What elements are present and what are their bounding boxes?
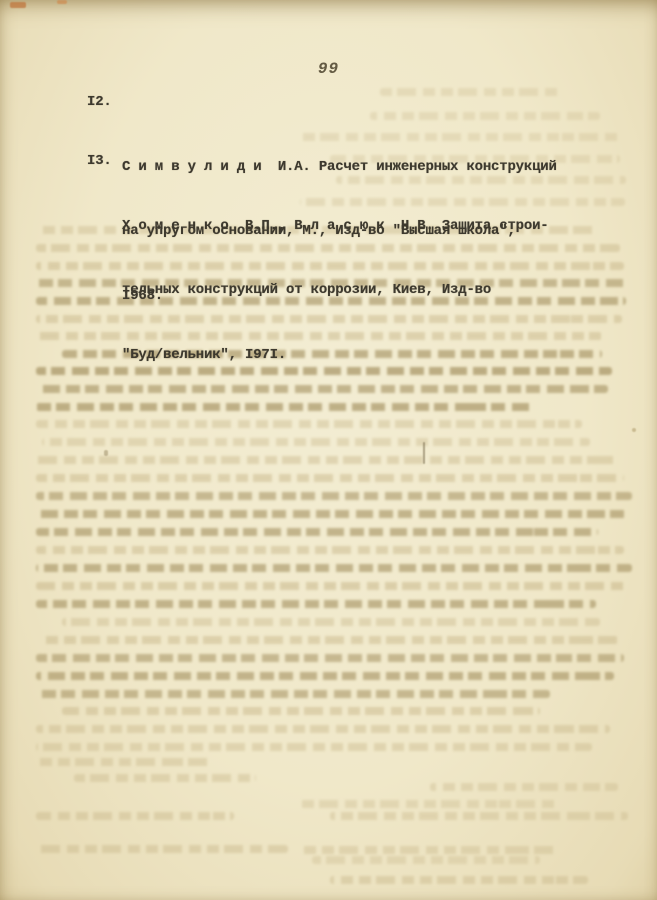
ghost-text-line: [36, 845, 288, 853]
paper-stain: [423, 442, 425, 464]
ghost-text-line: [40, 636, 618, 644]
ghost-text-line: [36, 725, 610, 733]
paper-stain: [632, 428, 636, 432]
ghost-text-line: [74, 774, 256, 782]
ghost-text-line: [62, 618, 600, 626]
paper-stain: [10, 2, 26, 8]
ghost-text-line: [36, 546, 624, 554]
ghost-text-line: [62, 707, 540, 715]
ghost-text-line: [36, 564, 632, 572]
reference-line: "Буд/вельник", I97I.: [122, 345, 612, 367]
ghost-text-line: [36, 812, 234, 820]
reference-number: I3.: [87, 151, 112, 173]
ghost-text-line: [36, 743, 592, 751]
ghost-text-line: [36, 510, 626, 518]
ghost-text-line: [430, 783, 618, 791]
ghost-text-line: [330, 876, 588, 884]
reference-line: Х о м е н к о В.П., В л а с ю к Н.В. Защ…: [122, 216, 612, 238]
ghost-text-line: [36, 456, 616, 464]
ghost-text-line: [36, 474, 624, 482]
ghost-text-line: [300, 800, 558, 808]
ghost-text-line: [36, 672, 614, 680]
ghost-text-line: [312, 856, 540, 864]
ghost-text-line: [36, 492, 632, 500]
paper-stain: [104, 450, 108, 456]
ghost-text-line: [42, 438, 590, 446]
ghost-text-line: [36, 582, 628, 590]
document-page: 99 I2. С и м в у л и д и И.А. Расчет инж…: [0, 0, 657, 900]
ghost-text-line: [36, 600, 596, 608]
reference-entry-13: I3. Х о м е н к о В.П., В л а с ю к Н.В.…: [122, 151, 612, 409]
page-number: 99: [0, 60, 657, 78]
paper-stain: [57, 0, 67, 4]
ghost-text-line: [36, 420, 582, 428]
ghost-text-line: [302, 846, 558, 854]
ghost-text-line: [36, 690, 550, 698]
reference-number: I2.: [87, 92, 112, 114]
ghost-text-line: [330, 812, 628, 820]
ghost-text-line: [36, 528, 598, 536]
ghost-text-line: [36, 758, 210, 766]
ghost-text-line: [36, 654, 624, 662]
reference-line: тельных конструкций от коррозии, Киев, И…: [122, 280, 612, 302]
